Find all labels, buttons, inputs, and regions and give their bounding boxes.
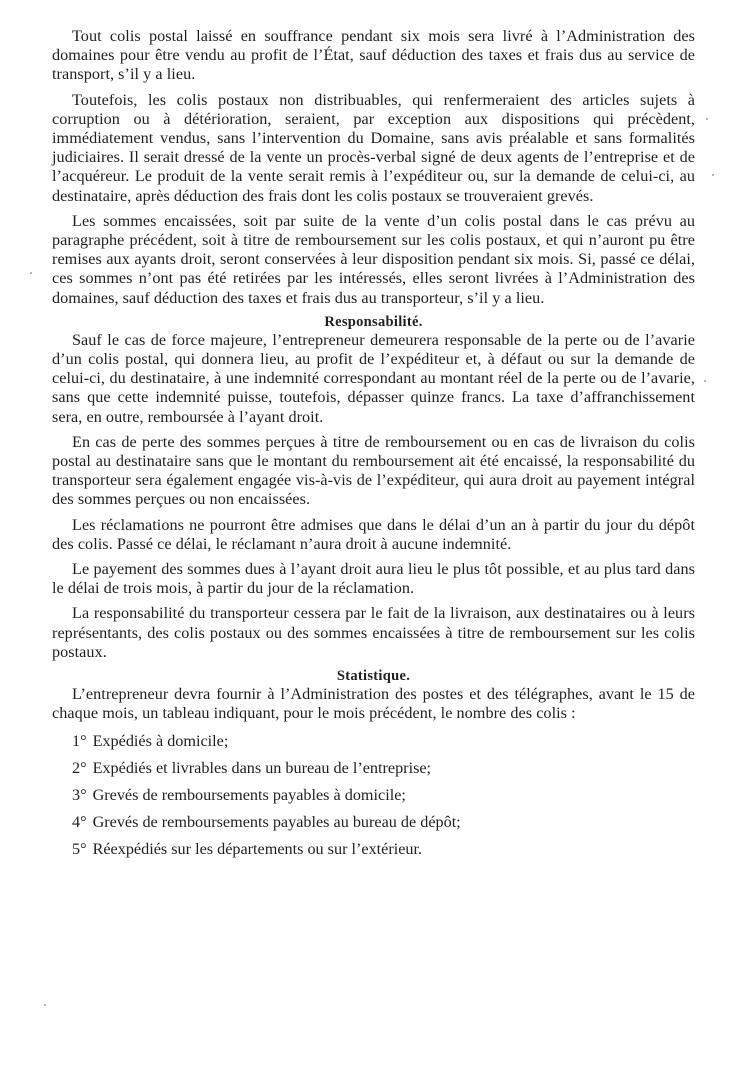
list-item: 5°Réexpédiés sur les départements ou sur… bbox=[72, 840, 695, 859]
paragraph-liability: Sauf le cas de force majeure, l’entrepre… bbox=[52, 331, 695, 427]
list-item-text: Grevés de remboursements payables à domi… bbox=[93, 786, 406, 804]
list-item-text: Réexpédiés sur les départements ou sur l… bbox=[93, 840, 423, 858]
scan-speck bbox=[712, 174, 714, 176]
paragraph-claims-deadline: Les réclamations ne pourront être admise… bbox=[52, 516, 695, 554]
paragraph-statistics-intro: L’entrepreneur devra fournir à l’Adminis… bbox=[52, 685, 695, 723]
list-item: 3°Grevés de remboursements payables à do… bbox=[72, 786, 695, 805]
scan-speck bbox=[690, 362, 692, 364]
list-item-number: 3° bbox=[72, 786, 87, 805]
paragraph-perishable-parcels: Toutefois, les colis postaux non distrib… bbox=[52, 91, 695, 206]
list-item: 1°Expédiés à domicile; bbox=[72, 732, 695, 751]
paragraph-collected-sums: Les sommes encaissées, soit par suite de… bbox=[52, 212, 695, 308]
list-item-text: Expédiés et livrables dans un bureau de … bbox=[93, 759, 431, 777]
section-heading-responsabilite: Responsabilité. bbox=[52, 314, 695, 331]
scan-speck bbox=[30, 272, 32, 274]
scan-speck bbox=[704, 380, 706, 382]
statistics-list: 1°Expédiés à domicile; 2°Expédiés et liv… bbox=[52, 732, 695, 859]
list-item-text: Grevés de remboursements payables au bur… bbox=[93, 813, 461, 831]
document-page: Tout colis postal laissé en souffrance p… bbox=[52, 27, 695, 867]
paragraph-unclaimed-parcels: Tout colis postal laissé en souffrance p… bbox=[52, 27, 695, 85]
scan-speck bbox=[44, 1004, 46, 1006]
list-item: 4°Grevés de remboursements payables au b… bbox=[72, 813, 695, 832]
list-item-number: 1° bbox=[72, 732, 87, 751]
list-item: 2°Expédiés et livrables dans un bureau d… bbox=[72, 759, 695, 778]
scan-speck bbox=[122, 796, 124, 798]
paragraph-payment-deadline: Le payement des sommes dues à l’ayant dr… bbox=[52, 560, 695, 598]
scan-speck bbox=[706, 118, 708, 120]
paragraph-loss-of-sums: En cas de perte des sommes perçues à tit… bbox=[52, 433, 695, 510]
list-item-text: Expédiés à domicile; bbox=[93, 732, 229, 750]
paragraph-liability-end: La responsabilité du transporteur cesser… bbox=[52, 604, 695, 662]
list-item-number: 2° bbox=[72, 759, 87, 778]
list-item-number: 5° bbox=[72, 840, 87, 859]
list-item-number: 4° bbox=[72, 813, 87, 832]
section-heading-statistique: Statistique. bbox=[52, 668, 695, 685]
